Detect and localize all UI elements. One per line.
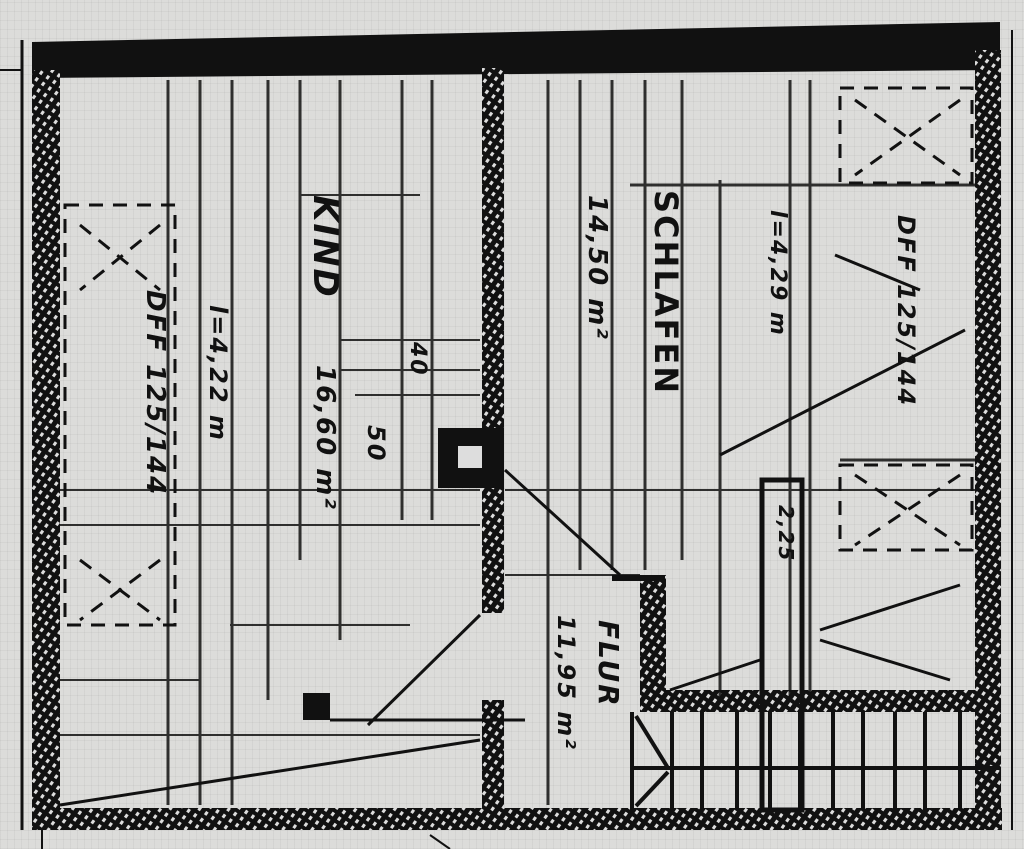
window-label-schlafen: DFF 125/144 [892, 215, 920, 407]
room-label-flur: FLUR [592, 620, 625, 708]
dimension-40: 40 [405, 342, 430, 377]
stair [632, 712, 1000, 810]
wall-flur [640, 575, 666, 695]
room-area-kind: 16,60 m² [310, 365, 340, 511]
window-label-kind: DFF 125/144 [140, 290, 170, 496]
dimension-schlafen: l=4,29 m [765, 210, 790, 337]
wall-center [482, 68, 504, 613]
dimension-flur: 2,25 [774, 505, 798, 562]
floor-plan-sheet: KIND 16,60 m² l=4,22 m DFF 125/144 SCHLA… [0, 0, 1024, 849]
room-area-flur: 11,95 m² [552, 615, 580, 751]
wall-left [32, 70, 60, 830]
post [303, 693, 330, 720]
wall-bottom [32, 808, 1002, 830]
dimension-kind: l=4,22 m [204, 305, 232, 442]
wall-right [975, 50, 1001, 830]
room-label-kind: KIND [305, 195, 345, 299]
room-area-schlafen: 14,50 m² [582, 195, 612, 341]
roof-beam-top [32, 22, 1000, 78]
room-label-schlafen: SCHLAFEN [647, 190, 685, 395]
dimension-50: 50 [362, 425, 390, 462]
